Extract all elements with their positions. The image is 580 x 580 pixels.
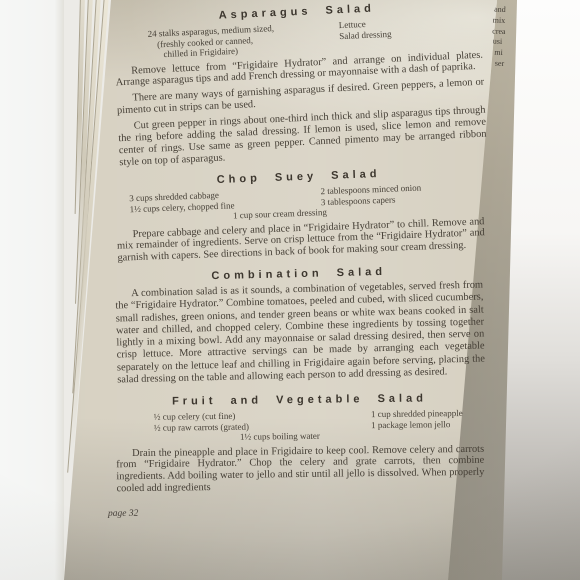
recipe-chop-suey-salad: Chop Suey Salad 3 cups shredded cabbage … bbox=[115, 164, 486, 265]
table-surface-left bbox=[0, 0, 64, 580]
page-number: page 32 bbox=[108, 506, 484, 520]
photo-of-cookbook-page: Asparagus Salad 24 stalks asparagus, med… bbox=[0, 0, 580, 580]
page-content: Asparagus Salad 24 stalks asparagus, med… bbox=[116, 6, 484, 517]
recipe-fruit-and-vegetable-salad: Fruit and Vegetable Salad ½ cup celery (… bbox=[115, 392, 484, 496]
fragment-line: ser bbox=[495, 59, 515, 71]
next-page-text-fragments: and mix crea usi mi ser bbox=[491, 5, 518, 71]
recipe-paragraph: Drain the pineapple and place in Frigida… bbox=[116, 444, 485, 496]
ingredient-line: 1 package lemon jello bbox=[371, 419, 484, 431]
fragment-line: and bbox=[494, 5, 517, 17]
fragment-line: mix bbox=[492, 15, 516, 27]
recipe-combination-salad: Combination Salad A combination salad is… bbox=[115, 263, 486, 386]
ingredient-list: ½ cup celery (cut fine) ½ cup raw carrot… bbox=[116, 408, 484, 444]
recipe-paragraph: A combination salad is as it sounds, a c… bbox=[115, 279, 485, 386]
recipe-title: Fruit and Vegetable Salad bbox=[115, 392, 483, 408]
recipe-asparagus-salad: Asparagus Salad 24 stalks asparagus, med… bbox=[113, 0, 488, 169]
